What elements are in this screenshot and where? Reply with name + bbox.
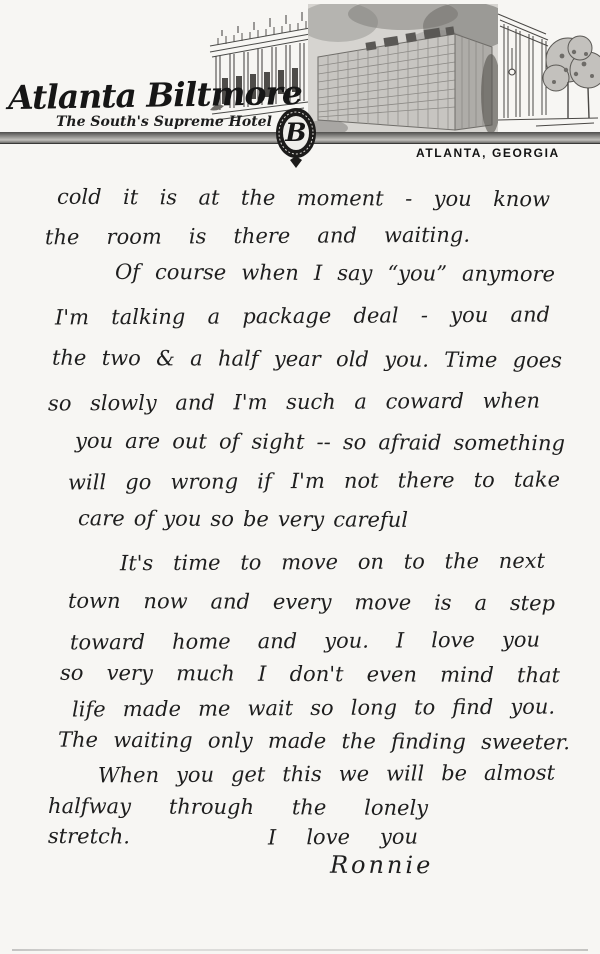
- letter-line: will go wrong if I'm not there to take: [68, 464, 560, 497]
- pergola-trees-sketch: [496, 8, 600, 134]
- letter-line: town now and every move is a step: [68, 586, 555, 619]
- hotel-photo: [308, 4, 498, 136]
- letter-line: the two & a half year old you. Time goes: [52, 343, 562, 376]
- letter-line: It's time to move on to the next: [120, 546, 545, 579]
- hotel-location: ATLANTA, GEORGIA: [416, 146, 560, 160]
- letter-signature: Ronnie: [330, 850, 433, 881]
- letter-line: so very much I don't even mind that: [60, 658, 560, 691]
- scan-artifact-line: [12, 949, 588, 951]
- hotel-tagline: The South's Supreme Hotel: [56, 114, 272, 130]
- letterhead: Atlanta Biltmore The South's Supreme Hot…: [0, 0, 600, 170]
- biltmore-crest-badge: B: [274, 106, 318, 168]
- letter-line: I'm talking a package deal - you and: [55, 299, 550, 332]
- letter-line: the room is there and waiting.: [45, 220, 470, 253]
- letter-line: so slowly and I'm such a coward when: [48, 385, 540, 418]
- letter-line: you are out of sight -- so afraid someth…: [75, 426, 565, 459]
- crest-monogram: B: [284, 118, 306, 147]
- letter-line: When you get this we will be almost: [98, 758, 555, 791]
- letter-line: life made me wait so long to find you.: [72, 692, 555, 725]
- letter-line: Of course when I say “you” anymore: [115, 257, 555, 289]
- letter-line: care of you so be very careful: [78, 503, 408, 535]
- letter-line: toward home and you. I love you: [70, 625, 540, 658]
- letter-closing: I love you: [268, 822, 418, 853]
- letter-page: Atlanta Biltmore The South's Supreme Hot…: [0, 0, 600, 954]
- letter-line: cold it is at the moment - you know: [57, 182, 550, 215]
- hotel-brand-title: Atlanta Biltmore: [8, 74, 259, 117]
- letter-line: The waiting only made the finding sweete…: [58, 725, 570, 758]
